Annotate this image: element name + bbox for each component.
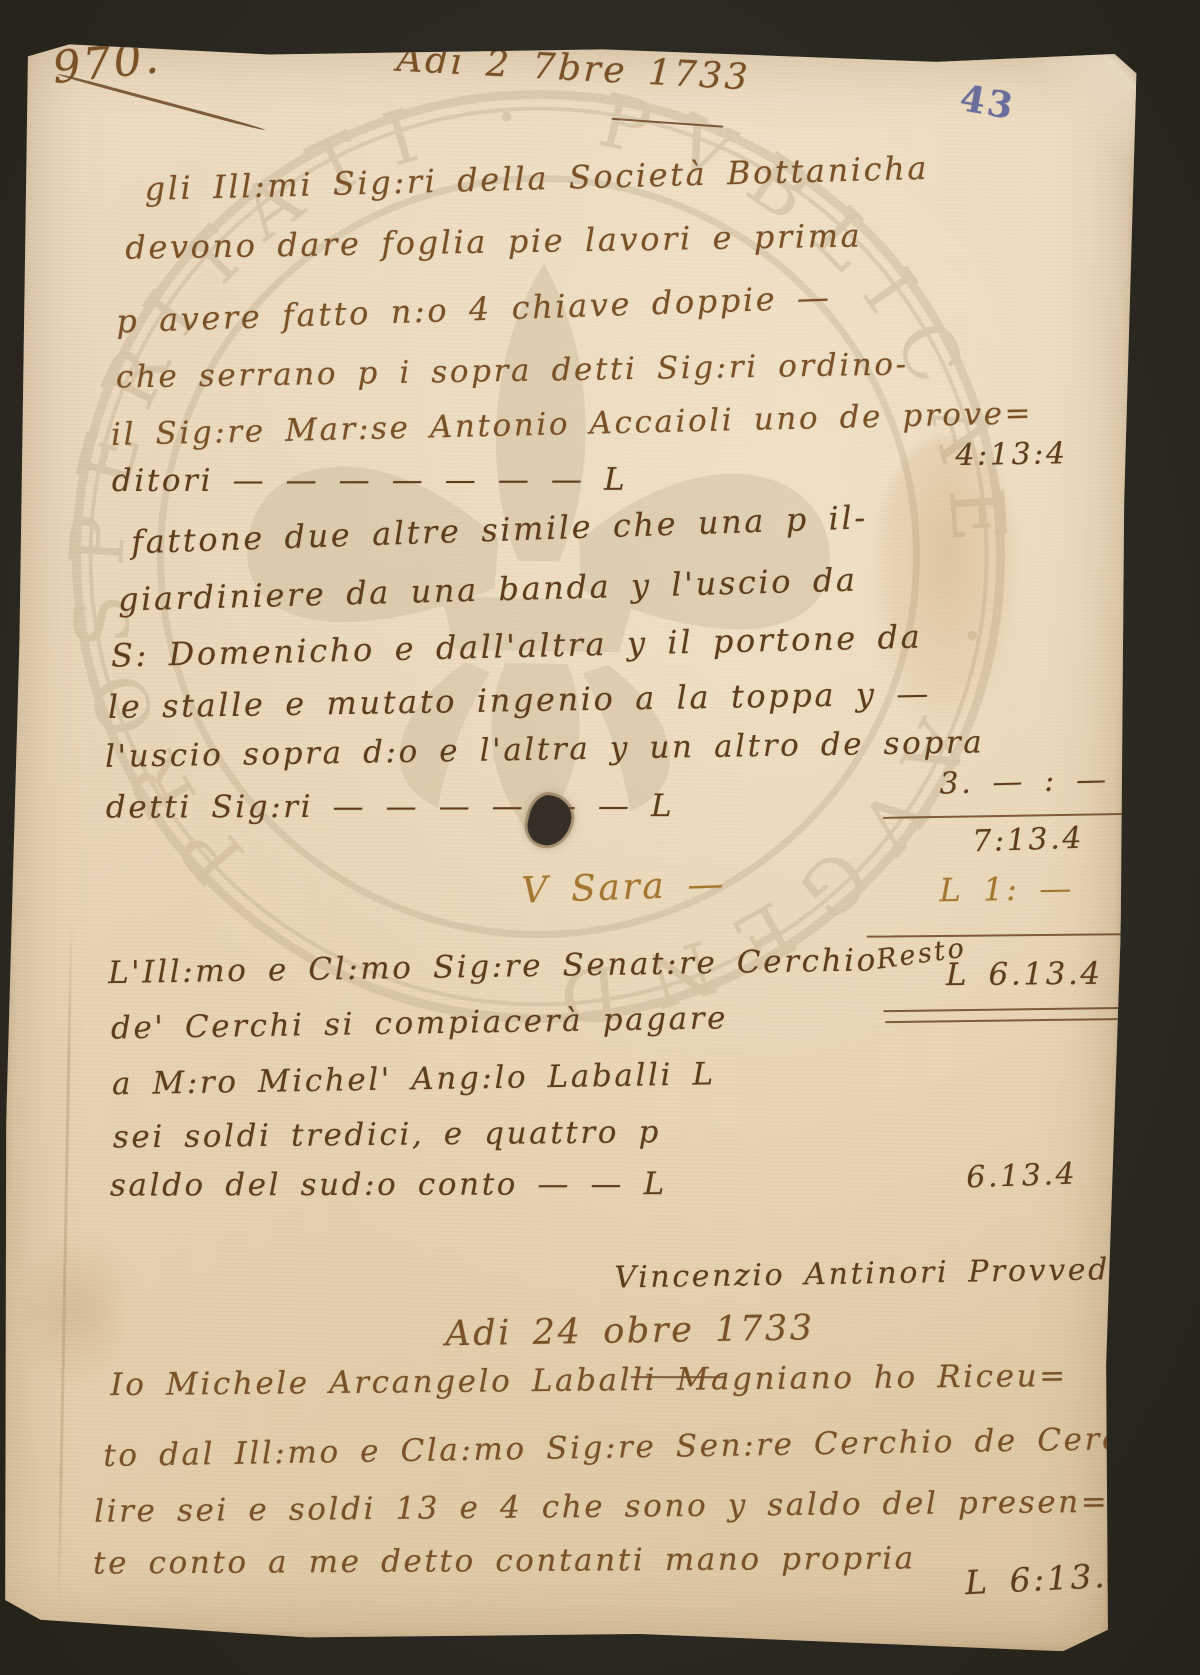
heading-date: Adi 2 7bre 1733 <box>396 39 752 99</box>
account-line: fattone due altre simile che una p il- <box>131 498 869 561</box>
account-line: S: Domenicho e dall'altra y il portone d… <box>111 618 923 675</box>
amount-value: 6.13.4 <box>966 1157 1078 1196</box>
double-rule <box>883 1007 1155 1013</box>
sum-rule <box>883 812 1173 819</box>
heading-date-underline <box>612 118 724 128</box>
account-line: devono dare foglia pie lavori e prima <box>125 217 863 267</box>
account-line: che serrano p i sopra detti Sig:ri ordin… <box>116 346 909 395</box>
account-line: l'uscio sopra d:o e l'altra y un altro d… <box>105 724 985 775</box>
deduction-line: V Sara — <box>521 864 727 912</box>
account-line: detti Sig:ri — — — — — — L <box>106 788 674 825</box>
payment-line: L'Ill:mo e Cl:mo Sig:re Senat:re Cerchio <box>108 942 878 991</box>
corner-fold-crease <box>1017 0 1135 58</box>
payment-line: de' Cerchi si compiacerà pagare <box>111 1000 729 1046</box>
amount-value: 3. — : — <box>939 762 1109 801</box>
account-line: ditori — — — — — — — L <box>112 462 627 499</box>
account-line: giardiniere da una banda y l'uscio da <box>118 561 859 619</box>
account-line: le stalle e mutato ingenio a la toppa y … <box>108 674 932 726</box>
subtotal-value: 7:13.4 <box>972 821 1085 860</box>
double-rule <box>885 1018 1153 1024</box>
receipt-amount: L 6:13.4 <box>964 1555 1132 1602</box>
corner-fold <box>1009 46 1141 158</box>
receipt-line: te conto a me detto contanti mano propri… <box>93 1541 916 1582</box>
payment-line: sei soldi tredici, e quattro p <box>113 1114 661 1155</box>
manuscript-page: PROSPERITATI · PVBLICAE · AVGENDAE · 970… <box>0 34 1137 1652</box>
receipt-line: lire sei e soldi 13 e 4 che sono y saldo… <box>94 1484 1110 1530</box>
account-line: il Sig:re Mar:se Antonio Accaioli uno de… <box>111 395 1034 453</box>
payment-line: a M:ro Michel' Ang:lo Laballi L <box>112 1056 716 1102</box>
account-line: gli Ill:mi Sig:ri della Società Bottanic… <box>144 149 929 208</box>
receipt-line: Io Michele Arcangelo Laballi Magniano ho… <box>110 1358 1068 1403</box>
receipt-line: to dal Ill:mo e Cla:mo Sig:re Sen:re Cer… <box>103 1421 1157 1474</box>
amount-value: 4:13:4 <box>955 436 1068 473</box>
account-line: p avere fatto n:o 4 chiave doppie — <box>116 278 833 340</box>
signature: Vincenzio Antinori Provved:re <box>614 1251 1160 1295</box>
resto-amount: L 6.13.4 <box>946 956 1103 993</box>
deduction-amount: L 1: — <box>939 869 1074 909</box>
receipt-date: Adi 24 obre 1733 <box>445 1308 815 1354</box>
watermark-seal: PROSPERITATI · PVBLICAE · AVGENDAE · <box>0 34 1137 1652</box>
sum-rule <box>867 933 1162 938</box>
page-number: 970. <box>50 32 163 94</box>
payment-line: saldo del sud:o conto — — L <box>110 1166 667 1203</box>
archival-number: 43 <box>957 77 1019 128</box>
